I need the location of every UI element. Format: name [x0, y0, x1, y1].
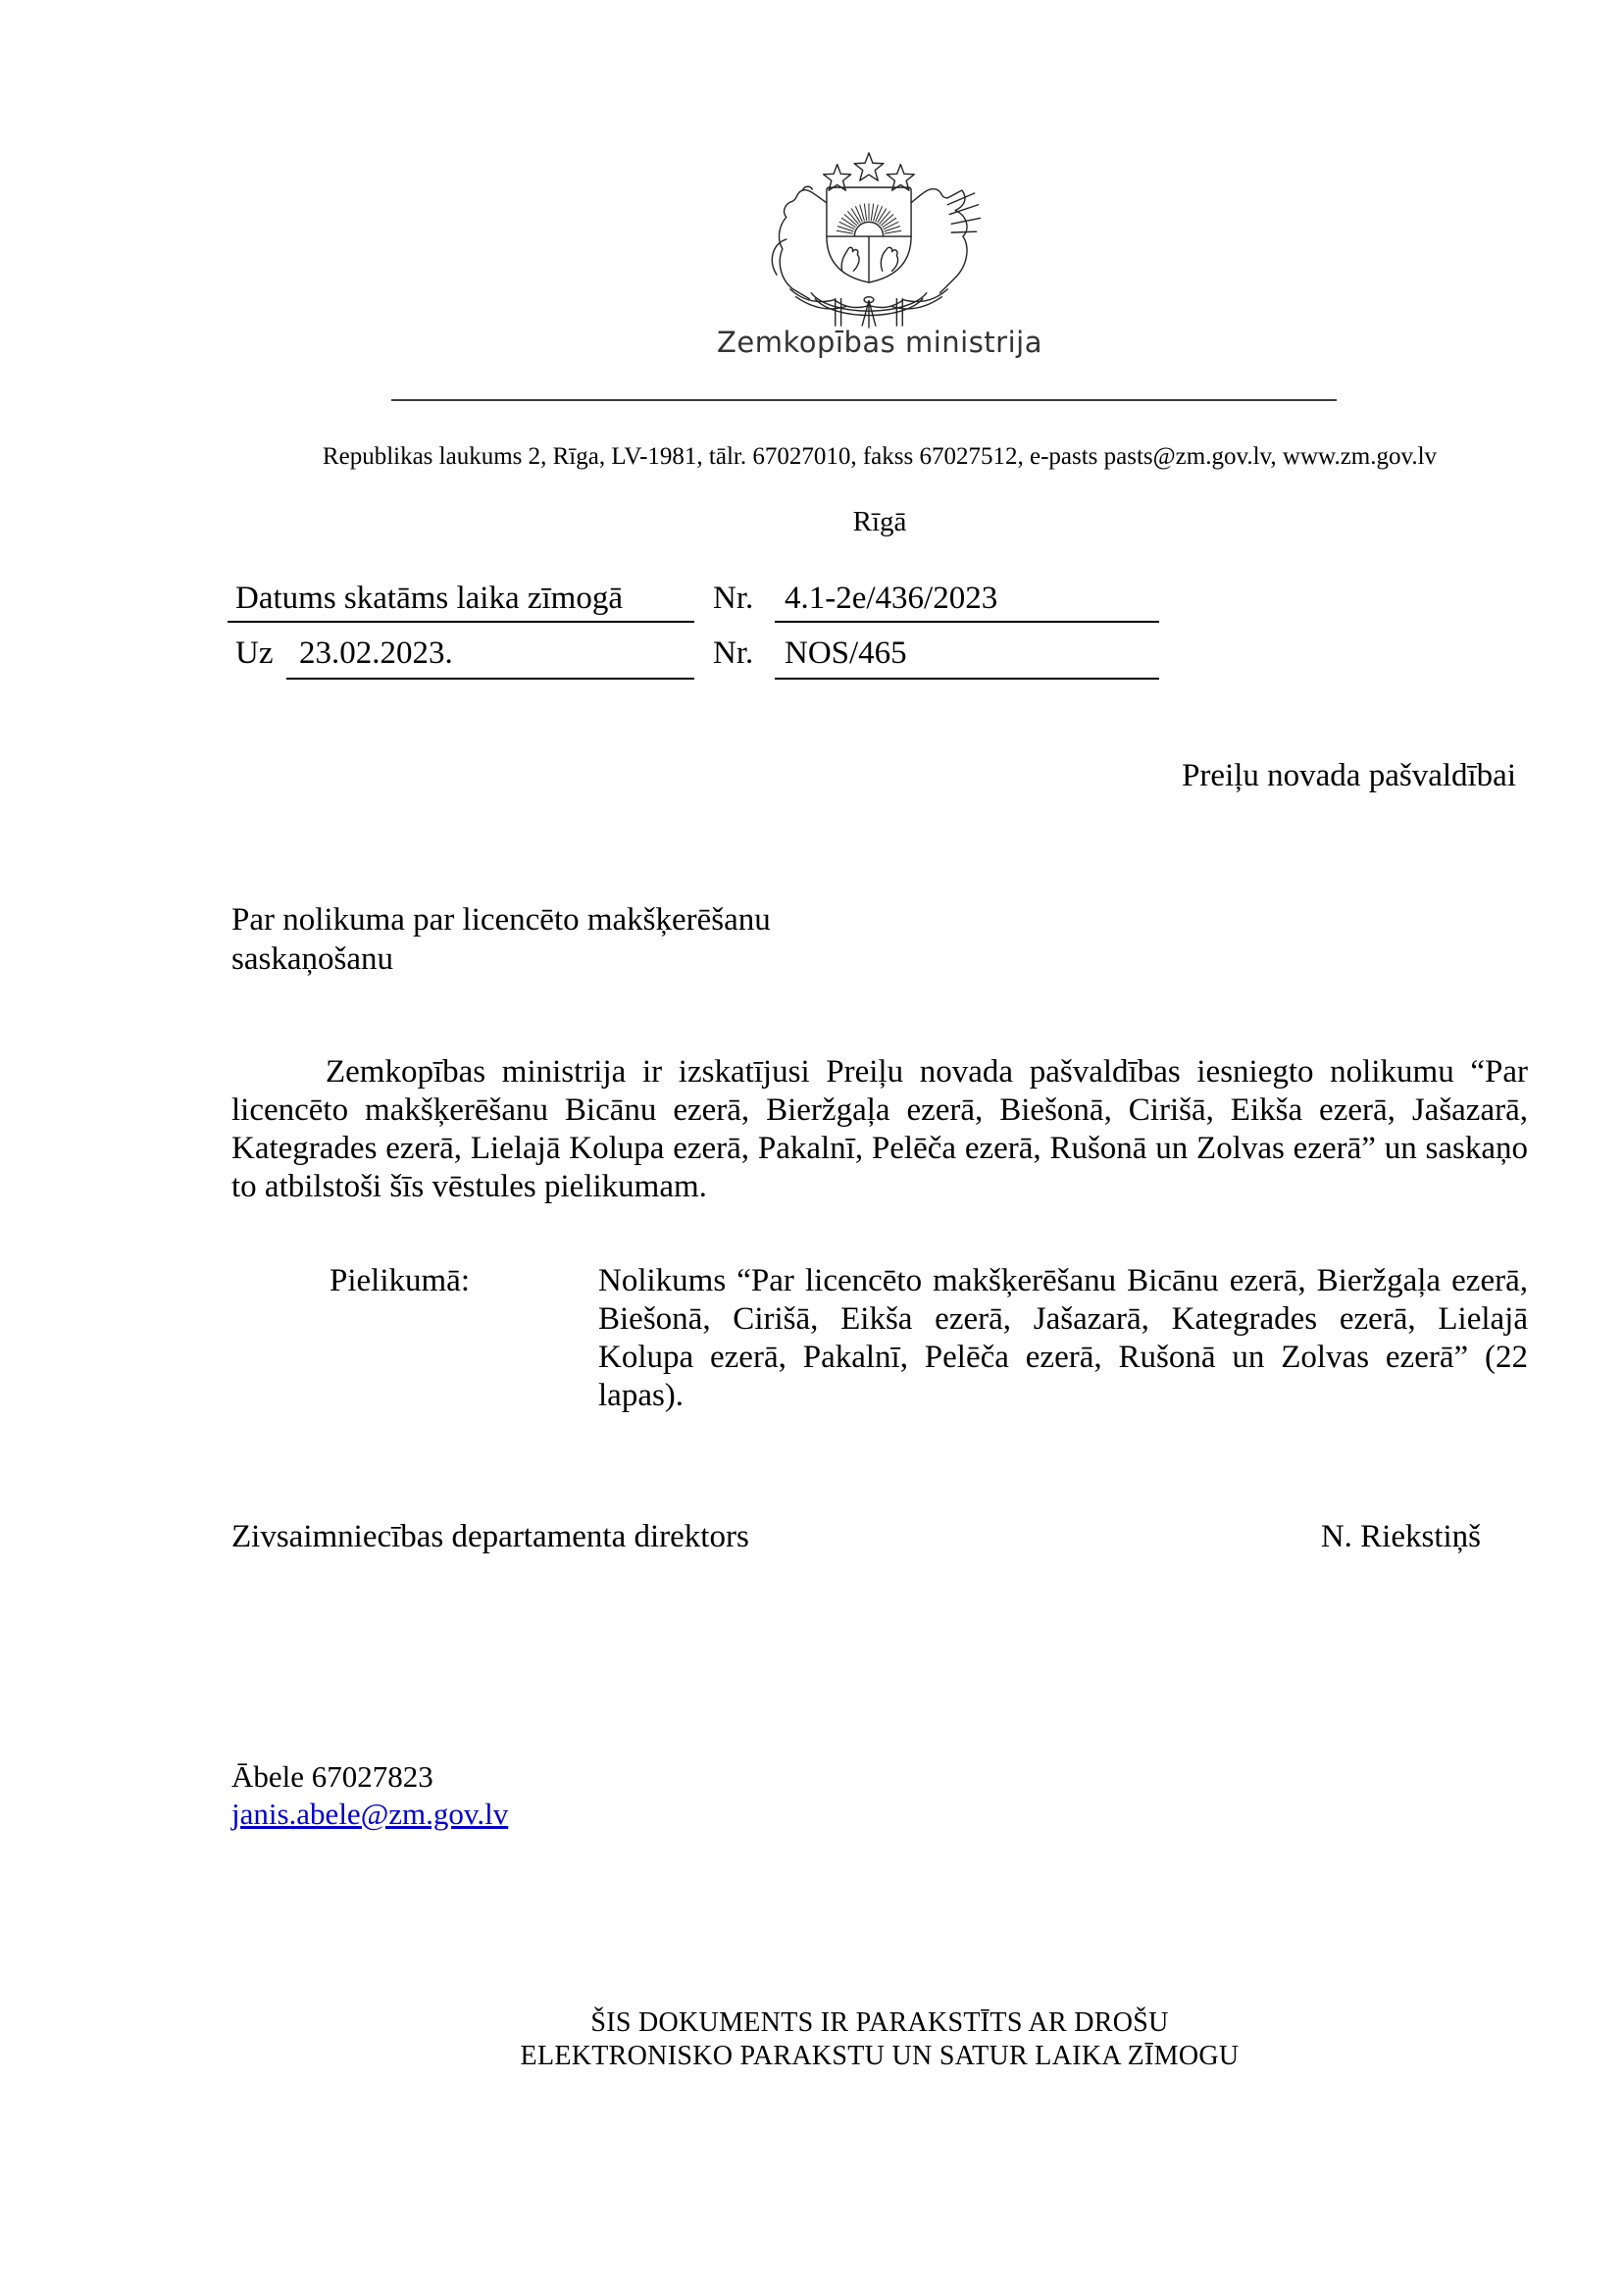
date-field-label: Datums skatāms laika zīmogā: [235, 581, 623, 617]
attachment-text: Nolikums “Par licencēto makšķerēšanu Bic…: [598, 1262, 1528, 1415]
subject-line-2: saskaņošanu: [231, 939, 1528, 979]
esignature-note: ŠIS DOKUMENTS IR PARAKSTĪTS AR DROŠU ELE…: [231, 2006, 1528, 2073]
emblem-base: [790, 289, 948, 328]
emblem-shield: [827, 187, 911, 282]
ministry-name: Zemkopības ministrija: [231, 326, 1528, 359]
contact-email-link[interactable]: janis.abele@zm.gov.lv: [231, 1797, 508, 1831]
signatory-name: N. Riekstiņš: [231, 1518, 1481, 1556]
outgoing-number-value: 4.1-2e/436/2023: [785, 581, 997, 617]
subject-block: Par nolikuma par licencēto makšķerēšanu …: [231, 900, 1528, 979]
ministry-address-line: Republikas laukums 2, Rīga, LV-1981, tāl…: [231, 443, 1528, 471]
body-paragraph: Zemkopības ministrija ir izskatījusi Pre…: [231, 1053, 1528, 1206]
reply-to-prefix: Uz: [235, 635, 273, 672]
esignature-note-line-2: ELEKTRONISKO PARAKSTU UN SATUR LAIKA ZĪM…: [231, 2040, 1528, 2073]
place-line: Rīgā: [231, 506, 1528, 538]
latvia-coat-of-arms-icon: [753, 147, 985, 330]
reply-date-underline: [286, 678, 694, 680]
header-divider: [391, 399, 1337, 401]
emblem-griffin-quadrant: [881, 247, 897, 271]
date-field-underline: [228, 621, 694, 623]
reply-to-date-value: 23.02.2023.: [299, 635, 453, 672]
contact-email: janis.abele@zm.gov.lv: [231, 1797, 508, 1832]
attachment-label: Pielikumā:: [330, 1262, 470, 1300]
nr-label-1: Nr.: [713, 581, 753, 617]
subject-line-1: Par nolikuma par licencēto makšķerēšanu: [231, 900, 1528, 939]
contact-name-phone: Ābele 67027823: [231, 1759, 433, 1795]
outgoing-number-underline: [775, 621, 1159, 623]
esignature-note-line-1: ŠIS DOKUMENTS IR PARAKSTĪTS AR DROŠU: [231, 2006, 1528, 2040]
emblem-supporters: [772, 186, 980, 298]
nr-label-2: Nr.: [713, 635, 753, 672]
incoming-number-underline: [775, 678, 1159, 680]
recipient: Preiļu novada pašvaldībai: [231, 757, 1516, 795]
emblem-sun-rays: [837, 204, 901, 233]
emblem-lion-quadrant: [841, 247, 859, 271]
emblem-stars: [824, 153, 915, 190]
incoming-number-value: NOS/465: [785, 635, 907, 672]
